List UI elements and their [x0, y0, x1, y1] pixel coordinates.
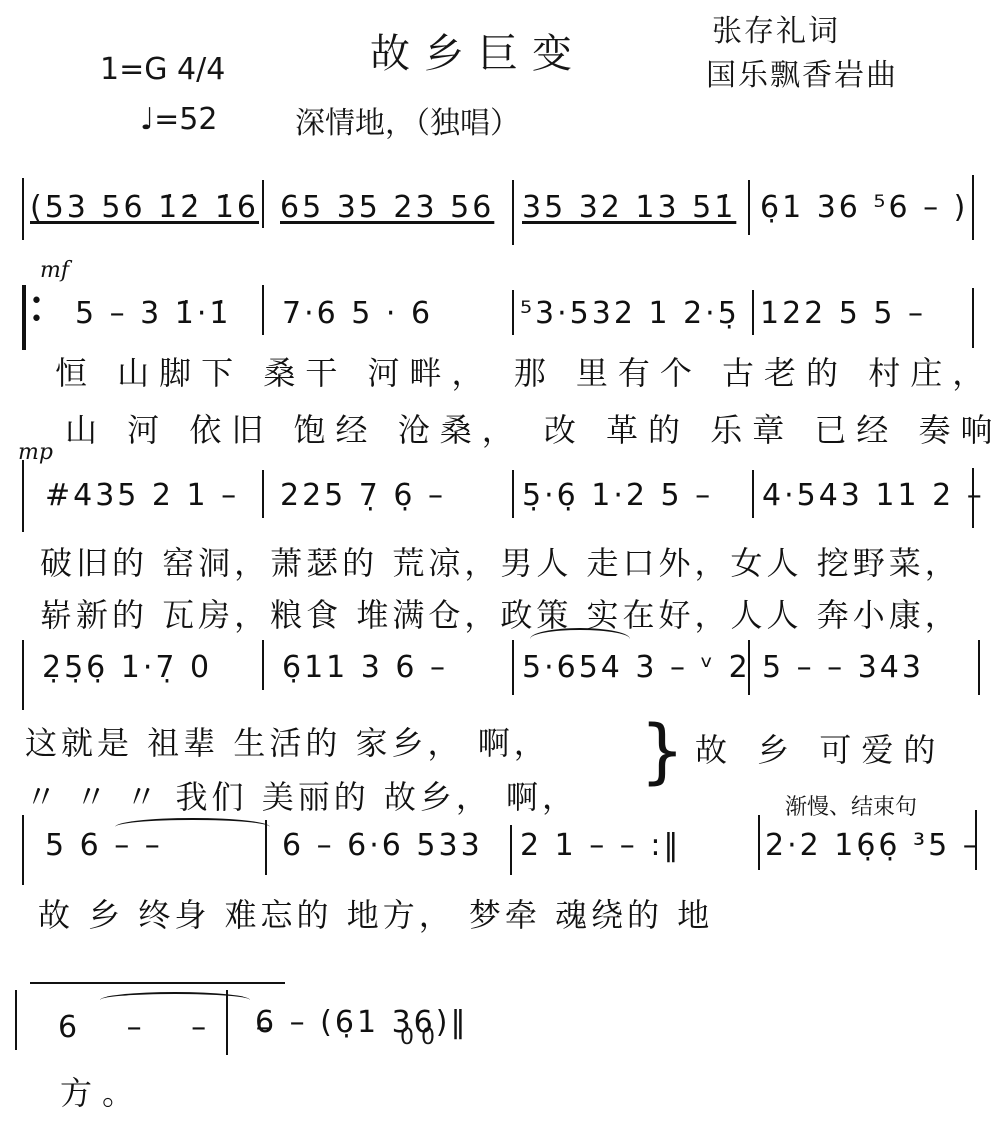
measure-19: 2 1 – – :‖ [520, 828, 681, 863]
barline [15, 990, 17, 1050]
measure-18: 6 – 6·6 533 [282, 828, 483, 863]
slur [530, 628, 630, 650]
measure-4: 6̣1 36 ⁵6 – ) [760, 190, 968, 225]
barline [265, 820, 267, 875]
barline [752, 290, 754, 335]
measure-14: 6̣11 3 6 – [282, 650, 448, 685]
measure-16: 5 – – 343 [762, 650, 924, 685]
bass-notes: 0 0 [400, 1025, 435, 1050]
barline [512, 180, 514, 245]
barline [748, 180, 750, 235]
repeat-dots: •• [30, 293, 43, 329]
barline [512, 290, 514, 335]
barline [262, 640, 264, 690]
measure-12: 4·543 11 2 – [762, 478, 985, 513]
lyric-line-3: 破旧的 窑洞，萧瑟的 荒凉，男人 走口外，女人 挖野菜， [40, 538, 961, 584]
measure-13: 2̣5̣6̣ 1·7̣ 0 [42, 650, 212, 685]
lyric-line-6: 〃 〃 〃 我们 美丽的 故乡， 啊， [25, 772, 578, 818]
tempo-marking: ♩=52 [140, 102, 217, 137]
measure-8: 122 5 5 – [760, 296, 926, 331]
lyricist-credit: 张存礼词 [712, 6, 840, 50]
barline [22, 640, 24, 710]
barline [262, 180, 264, 228]
barline [510, 825, 512, 875]
song-title: 故乡巨变 [370, 22, 586, 79]
measure-22: 6 – (6̣1 36)‖ [255, 1005, 468, 1040]
barline [972, 288, 974, 348]
tempo-annotation: 渐慢、结束句 [785, 790, 917, 821]
measure-6: 7·6 5 · 6 [282, 296, 433, 331]
barline [512, 640, 514, 695]
barline [22, 460, 24, 532]
volta-bracket [30, 982, 285, 984]
barline [262, 470, 264, 518]
measure-17: 5 6 – – [45, 828, 163, 863]
composer-credit: 国乐飘香岩曲 [706, 50, 898, 94]
lyric-line-5: 这就是 祖辈 生活的 家乡， 啊， [25, 718, 550, 764]
barline [22, 178, 24, 240]
bracket-lyric: 故 乡 可爱的 [695, 725, 945, 771]
measure-10: 225 7̣ 6̣ – [280, 478, 446, 513]
lyric-line-1: 恒 山脚下 桑干 河畔， 那 里有个 古老的 村庄， [55, 348, 994, 394]
lyric-line-2: 山 河 依旧 饱经 沧桑， 改 革的 乐章 已经 奏响， [65, 405, 1000, 451]
barline [512, 470, 514, 518]
measure-2: 65 35 23 56 [280, 190, 494, 225]
barline [752, 470, 754, 518]
barline [972, 468, 974, 528]
barline [262, 285, 264, 335]
measure-9: #435 2 1 – [45, 478, 239, 513]
dynamic-mf: mf [40, 258, 69, 283]
barline [978, 640, 980, 695]
measure-1: (53 56 1̇2̇ 1̇6 [30, 190, 259, 225]
repeat-start-barline [22, 285, 26, 350]
measure-15: 5·654 3 – ᵛ 2 [522, 650, 751, 685]
barline [975, 810, 977, 870]
measure-11: 5̣·6̣ 1·2 5 – [522, 478, 713, 513]
measure-7: ⁵3·532 1 2·5̣ [520, 296, 740, 331]
expression-marking: 深情地，（独唱） [295, 98, 520, 142]
measure-5: 5 – 3 1̇·1̇ [75, 296, 232, 331]
measure-20: 2·2 16̣6̣ ³5 – [765, 828, 981, 863]
barline [226, 990, 228, 1055]
measure-3: 35 32 13 51̇ [522, 190, 736, 225]
barline [972, 175, 974, 240]
barline [22, 815, 24, 885]
barline [748, 640, 750, 695]
lyric-line-8: 方。 [60, 1068, 144, 1114]
lyric-line-7: 故 乡 终身 难忘的 地方， 梦牵 魂绕的 地 [38, 890, 713, 936]
key-signature: 1=G 4/4 [100, 52, 225, 87]
barline [758, 815, 760, 870]
bracket: } [640, 710, 685, 792]
lyric-line-4: 崭新的 瓦房，粮食 堆满仓，政策 实在好，人人 奔小康， [40, 590, 961, 636]
